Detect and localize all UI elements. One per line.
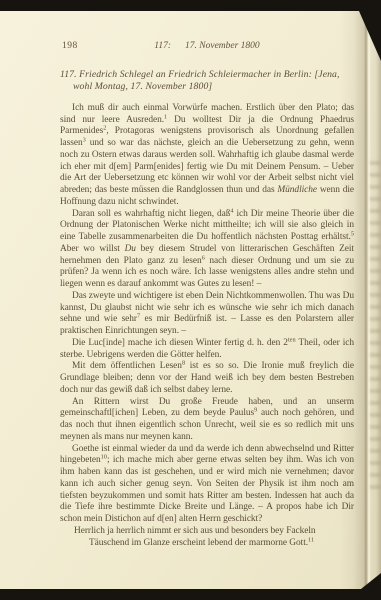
paragraph-1: Ich muß dir auch einmal Vorwürfe machen.… [60, 103, 354, 209]
page-header: 198 117:17. November 1800 [60, 40, 354, 52]
running-head-number: 117: [154, 41, 171, 51]
scan-border-top [0, 0, 381, 11]
paragraph-6: An Rittern wirst Du große Freude haben, … [60, 397, 354, 444]
running-head: 117:17. November 1800 [60, 40, 354, 52]
paragraph-5: Mit dem öffentlichen Lesen8 ist es so so… [60, 361, 354, 396]
paragraph-2: Daran soll es wahrhaftig nicht liegen, d… [60, 209, 354, 291]
paragraph-3: Das zweyte und wichtigere ist eben Dein … [60, 291, 354, 338]
book-page: 198 117:17. November 1800 117. Friedrich… [0, 11, 381, 589]
paragraph-7: Goethe ist einmal wieder da und da werde… [60, 444, 354, 526]
page-crease [365, 11, 367, 589]
letter-heading: 117. Friedrich Schlegel an Friedrich Sch… [60, 69, 354, 94]
running-head-date: 17. November 1800 [185, 41, 260, 51]
paragraph-4: Die Luc[inde] mache ich diesen Winter fe… [60, 338, 354, 362]
page-showthrough [369, 161, 380, 491]
verse-line-2: Täuschend im Glanze erscheint lebend der… [60, 538, 354, 550]
letter-body: Ich muß dir auch einmal Vorwürfe machen.… [60, 103, 354, 550]
page-content: 198 117:17. November 1800 117. Friedrich… [60, 40, 354, 549]
book-scan: 198 117:17. November 1800 117. Friedrich… [0, 0, 381, 600]
scan-corner-bottom-right [361, 573, 381, 589]
page-edge-highlight [368, 11, 370, 589]
scan-corner-top-right [359, 11, 381, 61]
scan-border-bottom [0, 589, 381, 600]
